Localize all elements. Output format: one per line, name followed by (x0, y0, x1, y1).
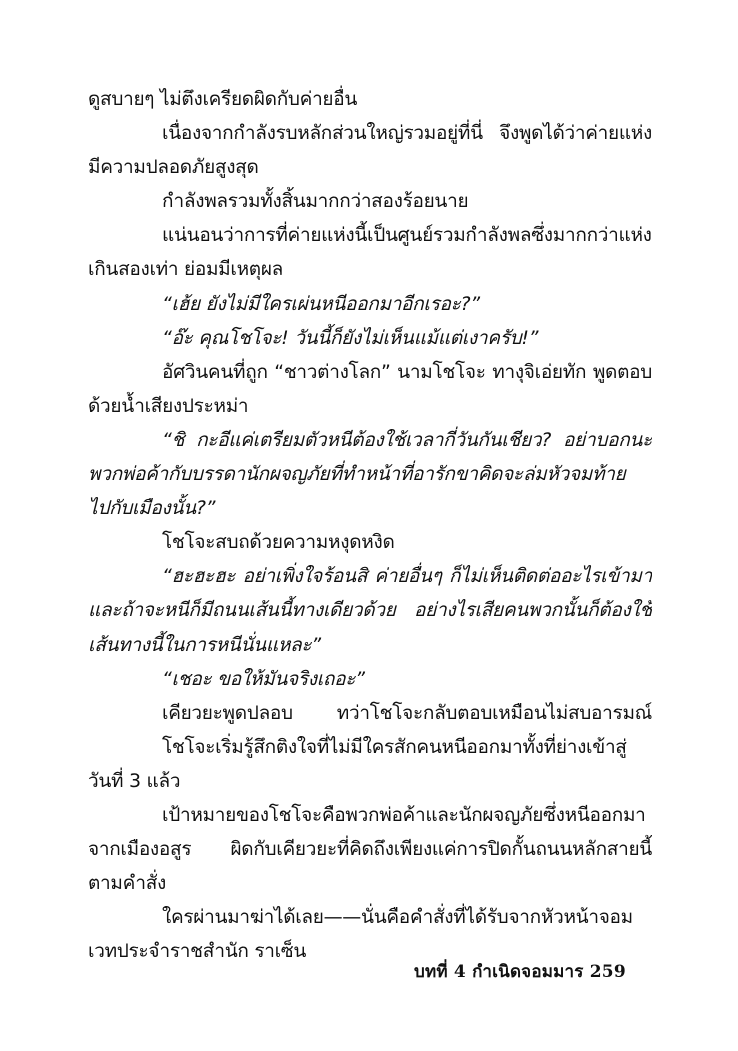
text-line-6: เกินสองเท่า ย่อมมีเหตุผล (88, 252, 652, 286)
text-line-19: เคียวยะพูดปลอบ ทว่าโชโจะกลับตอบเหมือนไม่… (88, 696, 652, 730)
dialogue-line-15: “ฮะฮะฮะ อย่าเพิ่งใจร้อนสิ ค่ายอื่นๆ ก็ไม… (88, 559, 652, 593)
text-line-21: วันที่ 3 แล้ว (88, 764, 652, 798)
text-line-25: ใครผ่านมาฆ่าได้เลย——นั่นคือคำสั่งที่ได้ร… (88, 900, 652, 934)
text-line-10: ด้วยน้ำเสียงประหม่า (88, 389, 652, 423)
text-line-14: โชโจะสบถด้วยความหงุดหงิด (88, 525, 652, 559)
dialogue-line-16: และถ้าจะหนีก็มีถนนเส้นนี้ทางเดียวด้วย อย… (88, 593, 652, 627)
text-line-9: อัศวินคนที่ถูก “ชาวต่างโลก” นามโชโจะ ทาง… (88, 355, 652, 389)
dialogue-line-13: ไปกับเมืองนั้น?” (88, 491, 652, 525)
dialogue-line-7: “เฮ้ย ยังไม่มีใครเผ่นหนีออกมาอีกเรอะ?” (88, 287, 652, 321)
text-line-4: กำลังพลรวมทั้งสิ้นมากกว่าสองร้อยนาย (88, 184, 652, 218)
dialogue-line-12: พวกพ่อค้ากับบรรดานักผจญภัยที่ทำหน้าที่อา… (88, 457, 652, 491)
text-line-20: โชโจะเริ่มรู้สึกติงใจที่ไม่มีใครสักคนหนี… (88, 730, 652, 764)
dialogue-line-18: “เชอะ ขอให้มันจริงเถอะ” (88, 662, 652, 696)
text-line-22: เป้าหมายของโชโจะคือพวกพ่อค้าและนักผจญภัย… (88, 798, 652, 832)
text-line-1: ดูสบายๆ ไม่ตึงเครียดผิดกับค่ายอื่น (88, 82, 652, 116)
text-line-23: จากเมืองอสูร ผิดกับเคียวยะที่คิดถึงเพียง… (88, 832, 652, 866)
running-footer-page-number: บทที่ 4 กำเนิดจอมมาร 259 (414, 958, 626, 985)
dialogue-line-17: เส้นทางนี้ในการหนีนั่นแหละ” (88, 628, 652, 662)
text-line-3: มีความปลอดภัยสูงสุด (88, 150, 652, 184)
text-line-2: เนื่องจากกำลังรบหลักส่วนใหญ่รวมอยู่ที่นี… (88, 116, 652, 150)
text-line-24: ตามคำสั่ง (88, 866, 652, 900)
dialogue-line-8: “อ๊ะ คุณโชโจะ! วันนี้ก็ยังไม่เห็นแม้แต่เ… (88, 321, 652, 355)
text-line-5: แน่นอนว่าการที่ค่ายแห่งนี้เป็นศูนย์รวมกำ… (88, 218, 652, 252)
book-page-body: ดูสบายๆ ไม่ตึงเครียดผิดกับค่ายอื่น เนื่อ… (88, 82, 652, 968)
dialogue-line-11: “ชิ กะอีแค่เตรียมตัวหนีต้องใช้เวลากี่วัน… (88, 423, 652, 457)
